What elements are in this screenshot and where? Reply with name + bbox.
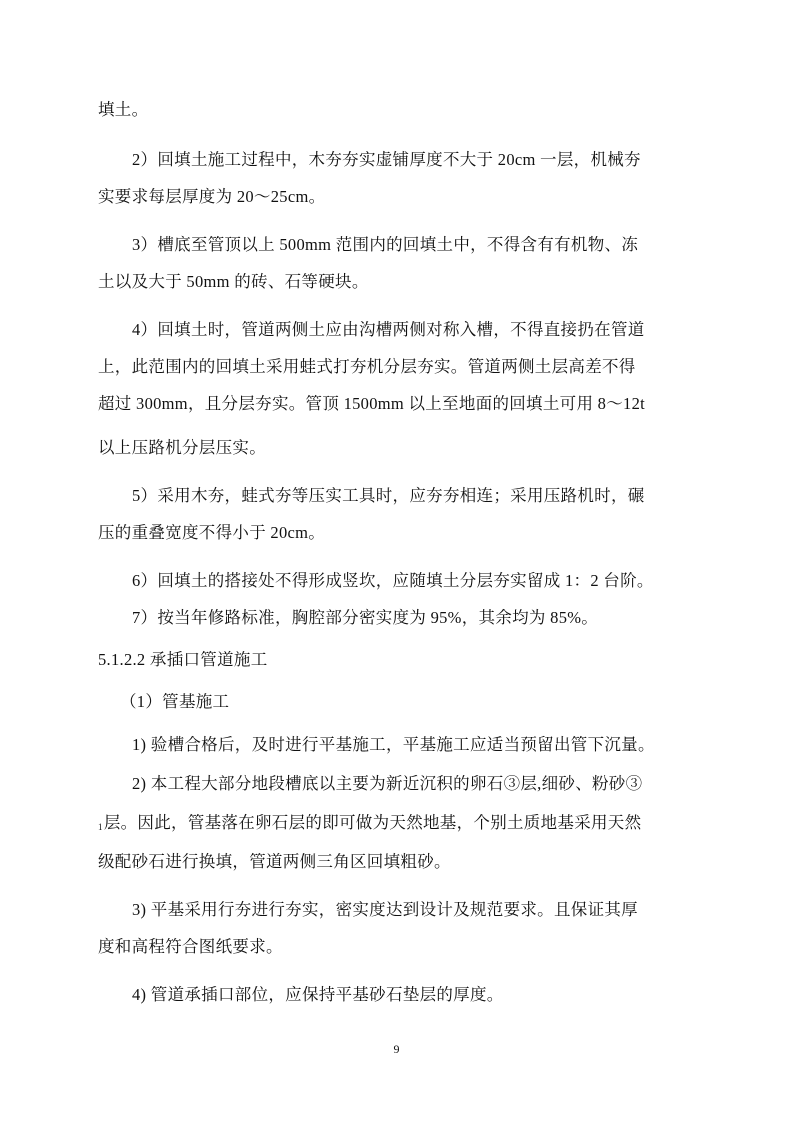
paragraph-item-4-line-2: 上，此范围内的回填土采用蛙式打夯机分层夯实。管道两侧土层高差不得 — [98, 357, 636, 377]
paragraph-item-6: 6）回填土的搭接处不得形成竖坎，应随填土分层夯实留成 1：2 台阶。 — [132, 571, 654, 591]
foundation-item-2-line-2-text: 层。因此，管基落在卵石层的即可做为天然地基，个别土质地基采用天然 — [104, 813, 642, 832]
paragraph-line-continuation-backfill: 填土。 — [98, 100, 148, 120]
paragraph-item-4-line-1: 4）回填土时，管道两侧土应由沟槽两侧对称入槽，不得直接扔在管道 — [132, 320, 645, 340]
foundation-item-2-line-1: 2) 本工程大部分地段槽底以主要为新近沉积的卵石③层,细砂、粉砂③ — [132, 774, 642, 794]
foundation-item-2-line-3: 级配砂石进行换填，管道两侧三角区回填粗砂。 — [98, 852, 451, 872]
paragraph-item-4-line-4: 以上压路机分层压实。 — [98, 438, 266, 458]
paragraph-item-4-line-3: 超过 300mm，且分层夯实。管顶 1500mm 以上至地面的回填土可用 8～1… — [98, 394, 645, 414]
paragraph-item-3-line-2: 土以及大于 50mm 的砖、石等硬块。 — [98, 272, 369, 292]
paragraph-item-7: 7）按当年修路标准，胸腔部分密实度为 95%，其余均为 85%。 — [132, 608, 598, 628]
layer-subscript: 1 — [98, 822, 103, 832]
section-heading-5-1-2-2: 5.1.2.2 承插口管道施工 — [98, 650, 268, 670]
page-number: 9 — [0, 1042, 793, 1056]
foundation-item-2-line-2: 1层。因此，管基落在卵石层的即可做为天然地基，个别土质地基采用天然 — [98, 813, 641, 837]
paragraph-item-5-line-1: 5）采用木夯，蛙式夯等压实工具时，应夯夯相连；采用压路机时，碾 — [132, 486, 645, 506]
foundation-item-1: 1) 验槽合格后，及时进行平基施工，平基施工应适当预留出管下沉量。 — [132, 735, 655, 755]
paragraph-item-2-line-2: 实要求每层厚度为 20～25cm。 — [98, 187, 325, 207]
foundation-item-3-line-1: 3) 平基采用行夯进行夯实，密实度达到设计及规范要求。且保证其厚 — [132, 900, 638, 920]
subsection-heading-pipe-foundation: （1）管基施工 — [120, 692, 229, 712]
paragraph-item-3-line-1: 3）槽底至管顶以上 500mm 范围内的回填土中，不得含有有机物、冻 — [132, 235, 638, 255]
paragraph-item-5-line-2: 压的重叠宽度不得小于 20cm。 — [98, 523, 325, 543]
foundation-item-3-line-2: 度和高程符合图纸要求。 — [98, 937, 283, 957]
paragraph-item-2-line-1: 2）回填土施工过程中，木夯夯实虚铺厚度不大于 20cm 一层，机械夯 — [132, 150, 641, 170]
foundation-item-4: 4) 管道承插口部位，应保持平基砂石垫层的厚度。 — [132, 985, 504, 1005]
